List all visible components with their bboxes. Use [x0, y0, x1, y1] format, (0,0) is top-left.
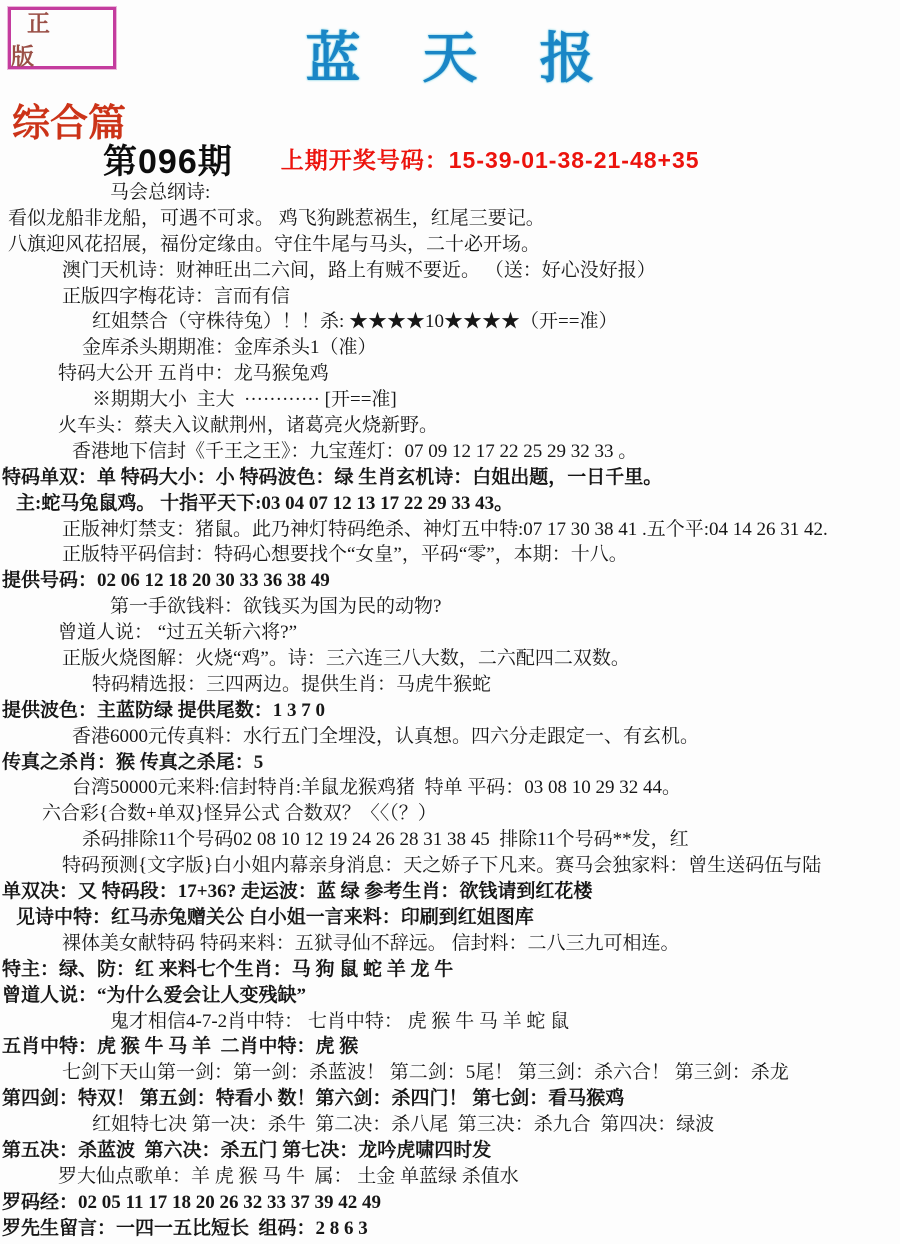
report-line: 看似龙船非龙船，可遇不可求。 鸡飞狗跳惹祸生，红尾三要记。	[0, 206, 900, 232]
report-line: 台湾50000元来料:信封特肖:羊鼠龙猴鸡猪 特单 平码：03 08 10 29…	[0, 775, 900, 801]
report-line: 正版火烧图解：火烧“鸡”。诗：三六连三八大数，二六配四二双数。	[0, 646, 900, 672]
title-char: 蓝	[305, 14, 360, 93]
report-line: 提供波色：主蓝防绿 提供尾数：1 3 7 0	[0, 698, 900, 724]
report-line: 六合彩{合数+单双}怪异公式 合数双？〈〈（？）	[0, 801, 900, 827]
report-line: 红姐特七决 第一决：杀牛 第二决：杀八尾 第三决：杀九合 第四决：绿波	[0, 1112, 900, 1138]
report-line: 罗先生留言：一四一五比短长 组码：2 8 6 3	[0, 1216, 900, 1242]
newspaper-title: 蓝 天 报	[0, 14, 900, 93]
report-line: ※期期大小 主大 ············ [开==准]	[0, 387, 900, 413]
report-line: 五肖中特：虎 猴 牛 马 羊 二肖中特：虎 猴	[0, 1034, 900, 1060]
newspaper-page: 正 版 蓝 天 报 综合篇 第096期 上期开奖号码：15-39-01-38-2…	[0, 0, 900, 1244]
report-line: 曾道人说：“为什么爱会让人变残缺”	[0, 983, 900, 1009]
report-line: 火车头：蔡夫入议献荆州，诸葛亮火烧新野。	[0, 413, 900, 439]
report-line: 正版四字梅花诗：言而有信	[0, 284, 900, 310]
report-line: 罗大仙点歌单：羊 虎 猴 马 牛 属： 土金 单蓝绿 杀值水	[0, 1164, 900, 1190]
report-line: 见诗中特：红马赤兔赠关公 白小姐一言来料：印刷到红姐图库	[0, 905, 900, 931]
report-line: 主:蛇马兔鼠鸡。 十指平天下:03 04 07 12 13 17 22 29 3…	[0, 491, 900, 517]
report-line: 提供号码：02 06 12 18 20 30 33 36 38 49	[0, 568, 900, 594]
title-char: 天	[422, 14, 477, 93]
report-line: 正版特平码信封：特码心想要找个“女皇”，平码“零”，本期：十八。	[0, 542, 900, 568]
issue-row: 第096期 上期开奖号码：15-39-01-38-21-48+35	[103, 134, 700, 183]
report-line: 鬼才相信4-7-2肖中特： 七肖中特： 虎 猴 牛 马 羊 蛇 鼠	[0, 1009, 900, 1035]
report-line: 第五决：杀蓝波 第六决：杀五门 第七决：龙吟虎啸四时发	[0, 1138, 900, 1164]
report-line: 传真之杀肖：猴 传真之杀尾：5	[0, 750, 900, 776]
report-line: 裸体美女献特码 特码来料：五狱寻仙不辞远。 信封料：二八三九可相连。	[0, 931, 900, 957]
report-line: 七剑下天山第一剑：第一剑：杀蓝波！ 第二剑：5尾！ 第三剑：杀六合！ 第三剑：杀…	[0, 1060, 900, 1086]
report-line: 单双决：又 特码段：17+36? 走运波：蓝 绿 参考生肖：欲钱请到红花楼	[0, 879, 900, 905]
report-body: 马会总纲诗:看似龙船非龙船，可遇不可求。 鸡飞狗跳惹祸生，红尾三要记。八旗迎风花…	[0, 180, 900, 1242]
report-line: 第一手欲钱料：欲钱买为国为民的动物?	[0, 594, 900, 620]
report-line: 特码精选报：三四两边。提供生肖：马虎牛猴蛇	[0, 672, 900, 698]
report-line: 香港地下信封《千王之王》：九宝莲灯：07 09 12 17 22 25 29 3…	[0, 439, 900, 465]
report-line: 罗码经：02 05 11 17 18 20 26 32 33 37 39 42 …	[0, 1190, 900, 1216]
report-line: 特码单双：单 特码大小：小 特码波色：绿 生肖玄机诗：白姐出题，一日千里。	[0, 465, 900, 491]
report-line: 正版神灯禁支：猪鼠。此乃神灯特码绝杀、神灯五中特:07 17 30 38 41 …	[0, 517, 900, 543]
report-line: 曾道人说： “过五关斩六将?”	[0, 620, 900, 646]
issue-number: 第096期	[103, 134, 233, 183]
report-line: 杀码排除11个号码02 08 10 12 19 24 26 28 31 38 4…	[0, 827, 900, 853]
report-line: 特码大公开 五肖中：龙马猴兔鸡	[0, 361, 900, 387]
title-char: 报	[540, 14, 595, 93]
last-draw-numbers: 上期开奖号码：15-39-01-38-21-48+35	[281, 142, 700, 175]
report-line: 第四剑：特双！ 第五剑：特看小 数！第六剑：杀四门！ 第七剑：看马猴鸡	[0, 1086, 900, 1112]
report-line: 特码预测{文字版}白小姐内幕亲身消息：天之娇子下凡来。赛马会独家料：曾生送码伍与…	[0, 853, 900, 879]
report-line: 马会总纲诗:	[0, 180, 900, 206]
report-line: 香港6000元传真料：水行五门全埋没，认真想。四六分走跟定一、有玄机。	[0, 724, 900, 750]
report-line: 红姐禁合（守株待兔）！！杀: ★★★★10★★★★（开==准）	[0, 309, 900, 335]
report-line: 八旗迎风花招展，福份定缘由。守住牛尾与马头，二十必开场。	[0, 232, 900, 258]
report-line: 金库杀头期期准：金库杀头1（准）	[0, 335, 900, 361]
report-line: 特主：绿、防：红 来料七个生肖：马 狗 鼠 蛇 羊 龙 牛	[0, 957, 900, 983]
report-line: 澳门天机诗：财神旺出二六间，路上有贼不要近。 （送：好心没好报）	[0, 258, 900, 284]
